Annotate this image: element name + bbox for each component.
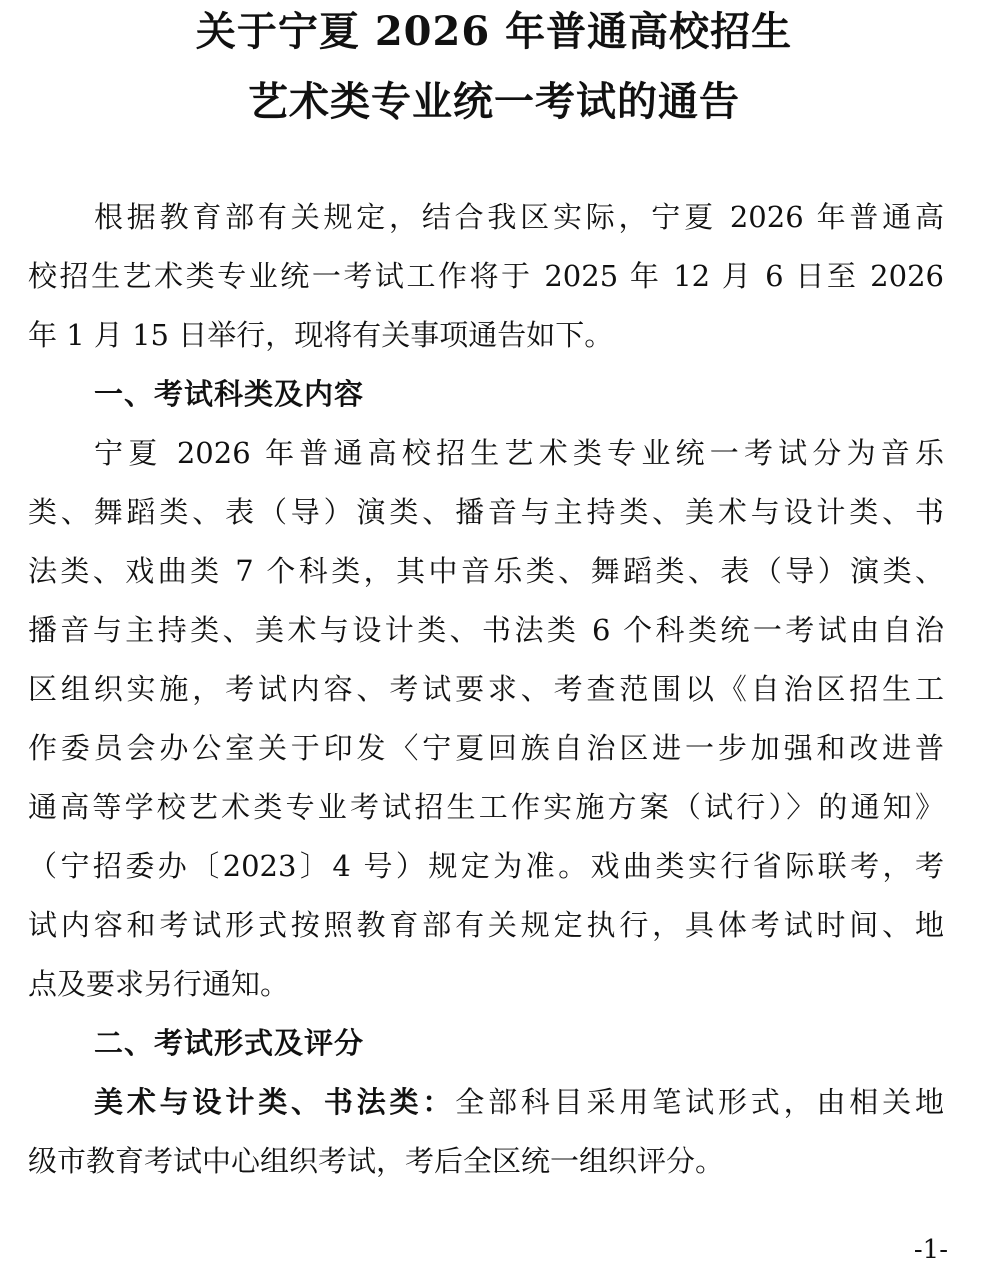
paragraph-line: 校招生艺术类专业统一考试工作将于 2025 年 12 月 6 日至 2026 — [28, 256, 944, 296]
paragraph-line: 宁夏 2026 年普通高校招生艺术类专业统一考试分为音乐 — [94, 433, 944, 473]
bold-lead-text: 美术与设计类、书法类： — [94, 1085, 455, 1119]
paragraph-line: 法类、戏曲类 7 个科类，其中音乐类、舞蹈类、表（导）演类、 — [28, 551, 944, 591]
paragraph-line: 级市教育考试中心组织考试，考后全区统一组织评分。 — [28, 1141, 944, 1181]
section-heading: 二、考试形式及评分 — [94, 1023, 944, 1063]
paragraph-line: 根据教育部有关规定，结合我区实际，宁夏 2026 年普通高 — [94, 197, 944, 237]
paragraph-line: 试内容和考试形式按照教育部有关规定执行，具体考试时间、地 — [28, 905, 944, 945]
document-page: 关于宁夏 2026 年普通高校招生 艺术类专业统一考试的通告 根据教育部有关规定… — [0, 0, 988, 1286]
paragraph-line: 点及要求另行通知。 — [28, 964, 944, 1004]
document-title-line-1: 关于宁夏 2026 年普通高校招生 — [0, 8, 988, 56]
paragraph-line-with-lead: 美术与设计类、书法类：全部科目采用笔试形式，由相关地 — [94, 1082, 944, 1122]
lead-rest-text: 全部科目采用笔试形式，由相关地 — [455, 1085, 944, 1119]
paragraph-line: 作委员会办公室关于印发〈宁夏回族自治区进一步加强和改进普 — [28, 728, 944, 768]
paragraph-line: （宁招委办〔2023〕4 号）规定为准。戏曲类实行省际联考，考 — [28, 846, 944, 886]
paragraph-line: 区组织实施，考试内容、考试要求、考查范围以《自治区招生工 — [28, 669, 944, 709]
document-title-line-2: 艺术类专业统一考试的通告 — [0, 78, 988, 126]
paragraph-line: 年 1 月 15 日举行，现将有关事项通告如下。 — [28, 315, 944, 355]
paragraph-line: 通高等学校艺术类专业考试招生工作实施方案（试行）〉的通知》 — [28, 787, 944, 827]
section-heading: 一、考试科类及内容 — [94, 374, 944, 414]
paragraph-line: 类、舞蹈类、表（导）演类、播音与主持类、美术与设计类、书 — [28, 492, 944, 532]
paragraph-line: 播音与主持类、美术与设计类、书法类 6 个科类统一考试由自治 — [28, 610, 944, 650]
page-number: -1- — [914, 1234, 948, 1266]
